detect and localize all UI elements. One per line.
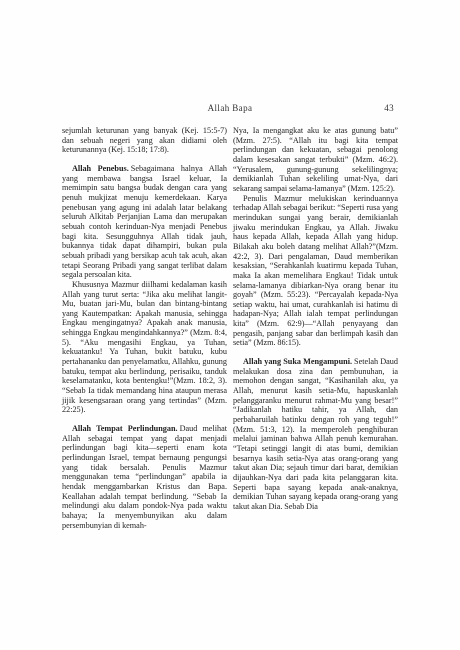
paragraph: Allah yang Suka Mengampuni.Setelah Daud … bbox=[233, 357, 398, 512]
running-head: Allah Bapa 43 bbox=[62, 103, 398, 117]
paragraph-lead: Allah Tempat Perlindungan. bbox=[72, 424, 178, 433]
paragraph-lead: Allah yang Suka Mengampuni. bbox=[243, 357, 352, 366]
paragraph-lead: Allah Penebus. bbox=[72, 164, 129, 173]
paragraph-text: Daud melihat Allah sebagai tempat yang d… bbox=[62, 424, 227, 530]
paragraph-text: Khususnya Mazmur diilhami kedalaman kasi… bbox=[62, 280, 227, 415]
page-number: 43 bbox=[384, 103, 394, 113]
text-columns: sejumlah keturunan yang banyak (Kej. 15:… bbox=[62, 126, 398, 530]
paragraph-text: Sebagaimana halnya Allah yang membawa ba… bbox=[62, 164, 227, 279]
paragraph-text: sejumlah keturunan yang banyak (Kej. 15:… bbox=[62, 126, 227, 154]
paragraph: Nya, Ia mengangkat aku ke atas gunung ba… bbox=[233, 126, 398, 194]
paragraph-text: Nya, Ia mengangkat aku ke atas gunung ba… bbox=[233, 126, 398, 193]
paragraph-text: Penulis Mazmur melukiskan kerinduannya t… bbox=[233, 194, 398, 348]
column-left: sejumlah keturunan yang banyak (Kej. 15:… bbox=[62, 126, 227, 530]
paragraph-text: Setelah Daud melakukan dosa zina dan pem… bbox=[233, 357, 398, 511]
column-right: Nya, Ia mengangkat aku ke atas gunung ba… bbox=[233, 126, 398, 530]
book-page: Allah Bapa 43 sejumlah keturunan yang ba… bbox=[0, 0, 460, 650]
paragraph: Khususnya Mazmur diilhami kedalaman kasi… bbox=[62, 280, 227, 415]
paragraph: Allah Tempat Perlindungan.Daud melihat A… bbox=[62, 424, 227, 530]
paragraph: Allah Penebus.Sebagaimana halnya Allah y… bbox=[62, 164, 227, 280]
paragraph: Penulis Mazmur melukiskan kerinduannya t… bbox=[233, 194, 398, 349]
paragraph: sejumlah keturunan yang banyak (Kej. 15:… bbox=[62, 126, 227, 155]
page-title: Allah Bapa bbox=[62, 103, 398, 113]
